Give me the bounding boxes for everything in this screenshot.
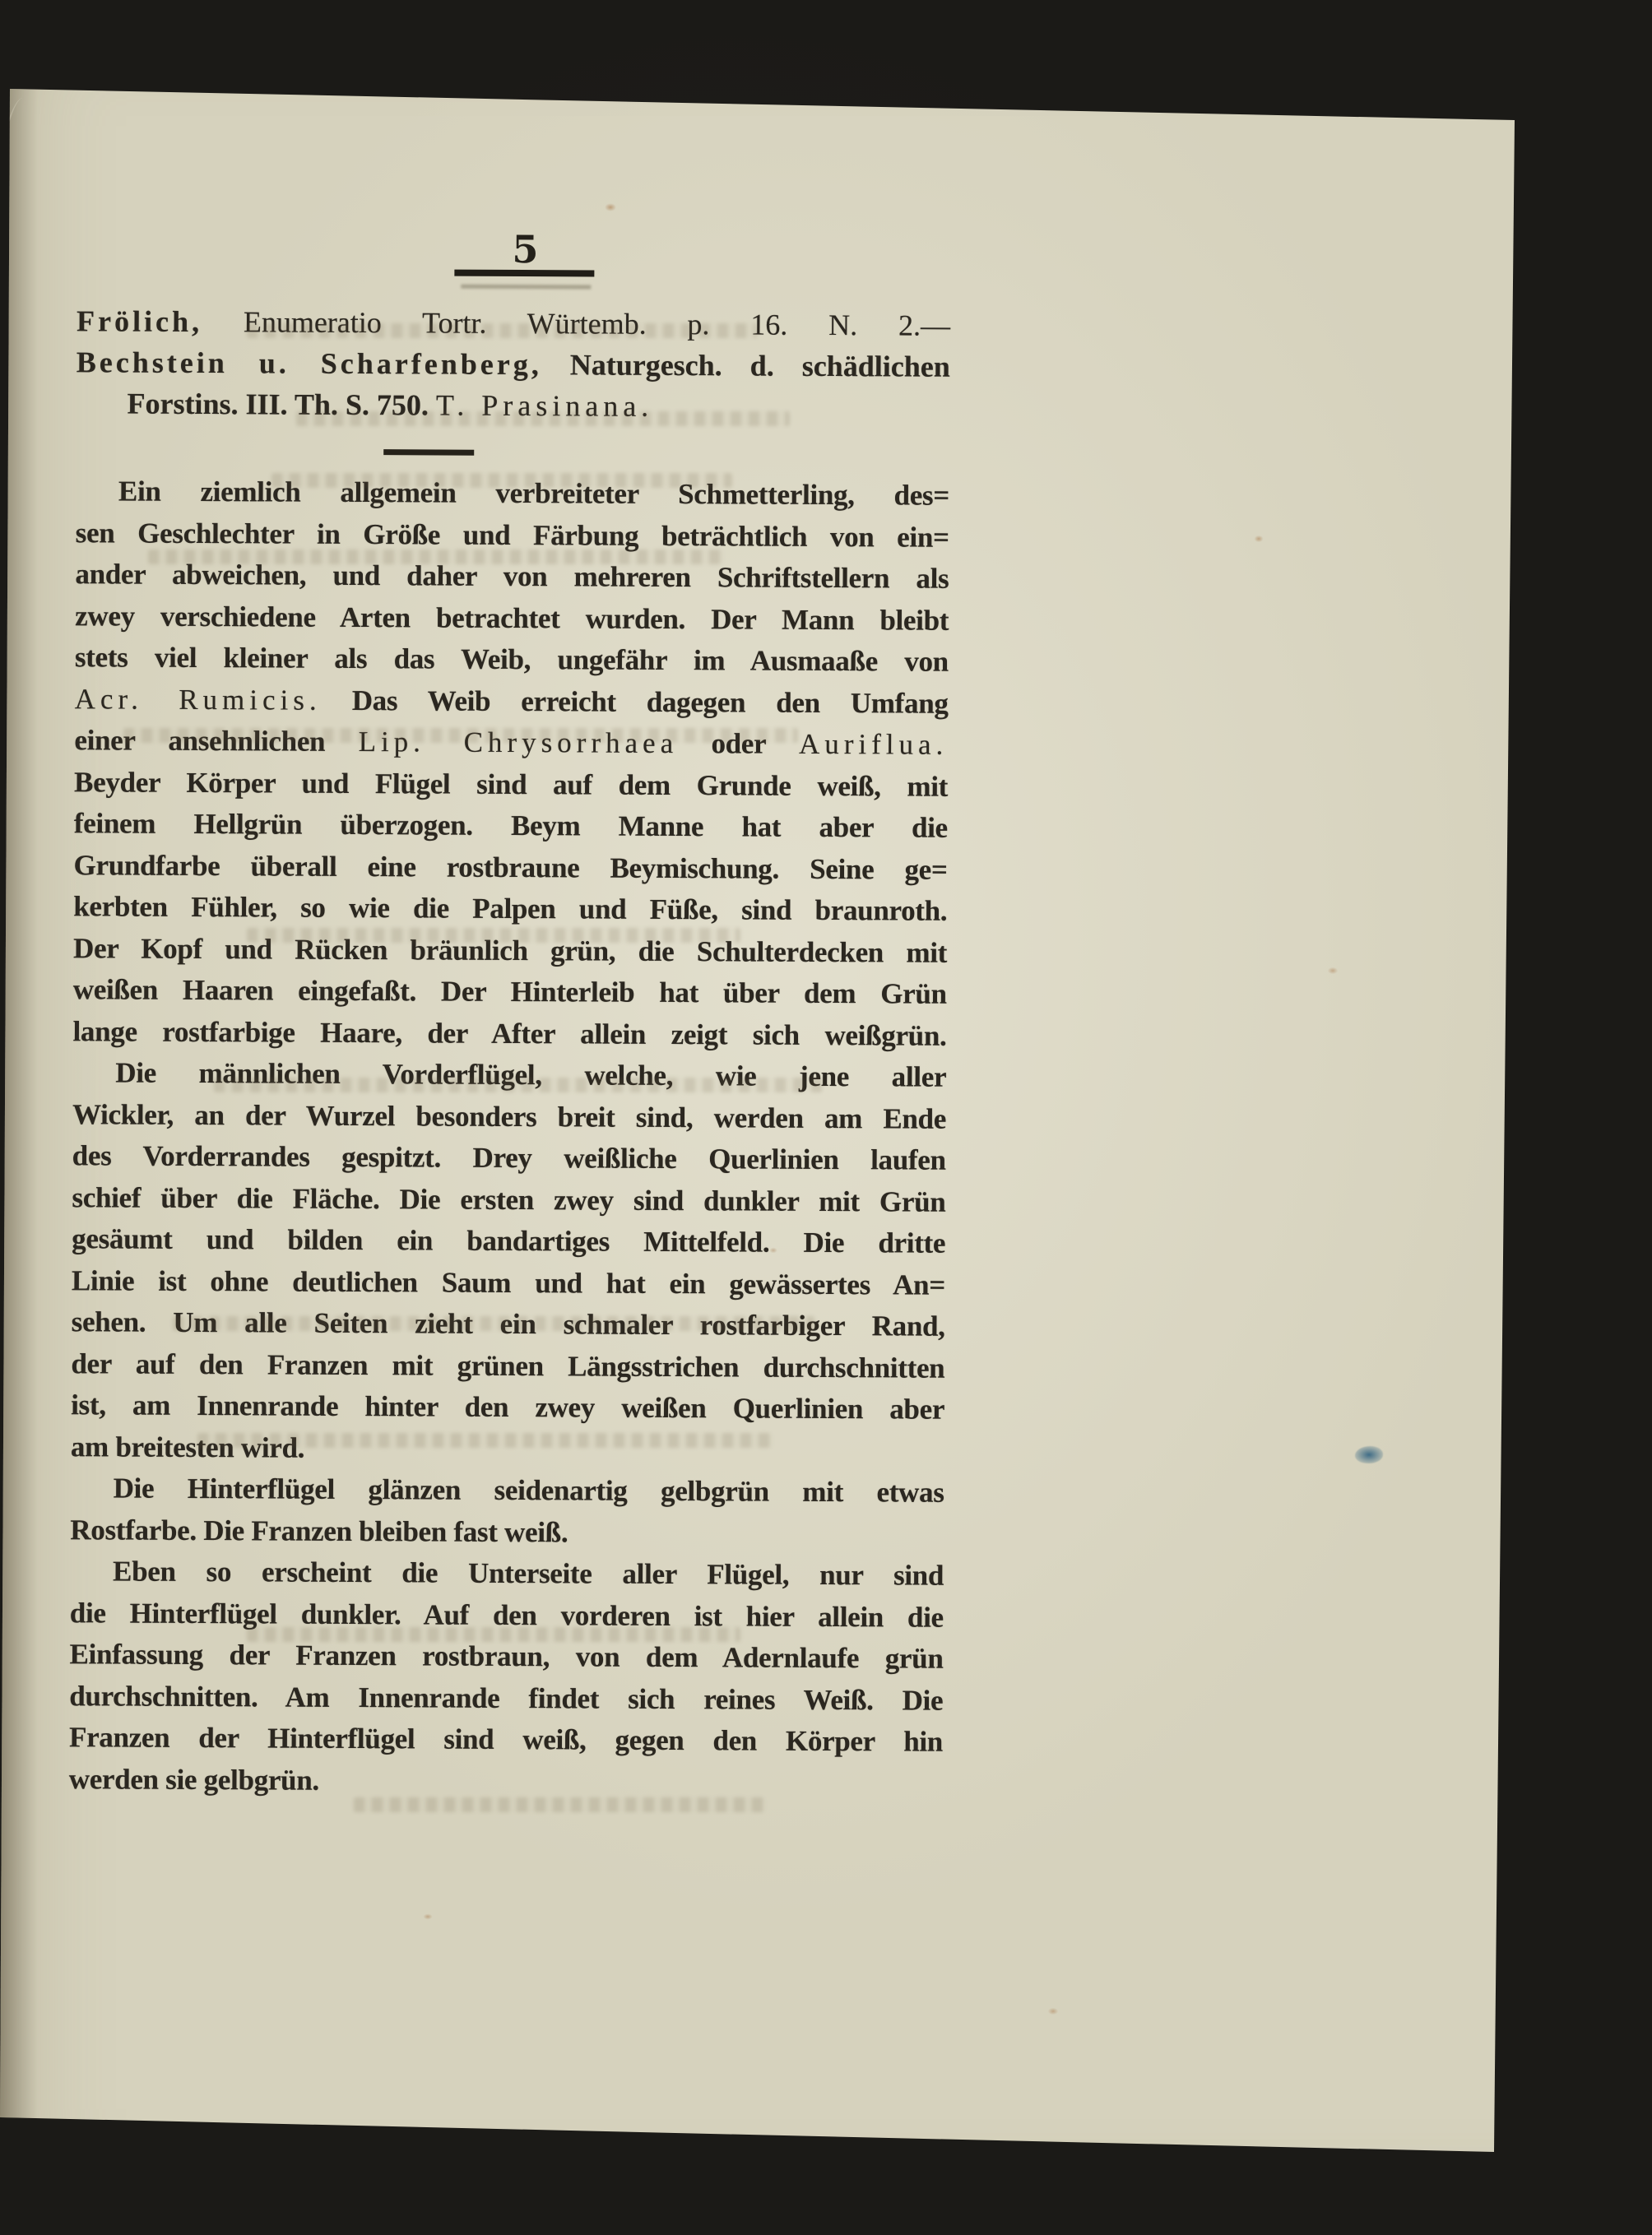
text-line: des Vorderrandes gespitzt. Drey weißlich… [72, 1135, 946, 1181]
text-segment-fr: am breitesten wird. [71, 1430, 305, 1463]
text-segment-fr: die Hinterflügel dunkler. Auf den vorder… [70, 1597, 944, 1634]
text-line: schief über die Fläche. Die ersten zwey … [72, 1177, 945, 1223]
text-line: Rostfarbe. Die Franzen bleiben fast weiß… [70, 1509, 944, 1556]
text-line: am breitesten wird. [71, 1426, 944, 1472]
text-segment-fr: Das Weib erreicht dagegen den Umfang [322, 684, 949, 719]
scanned-book-photo: 5 Frölich, Enumeratio Tortr. Würtemb. p.… [0, 0, 1652, 2235]
text-segment-fr: Die Hinterflügel glänzen seidenartig gel… [114, 1472, 944, 1508]
text-line: Eben so erscheint die Unterseite aller F… [70, 1551, 944, 1597]
text-segment-fr: Naturgesch. d. schädlichen [542, 348, 950, 383]
text-line: Die Hinterflügel glänzen seidenartig gel… [70, 1468, 944, 1514]
text-segment-fr: Ein ziemlich allgemein verbreiteter Schm… [118, 475, 949, 511]
text-segment-fr: schief über die Fläche. Die ersten zwey … [72, 1181, 945, 1218]
body-text-block: Ein ziemlich allgemein verbreiteter Schm… [69, 471, 949, 1805]
text-line: werden sie gelbgrün. [69, 1759, 943, 1805]
text-segment-fr: werden sie gelbgrün. [69, 1763, 319, 1797]
text-line: Wickler, an der Wurzel besonders breit s… [72, 1094, 946, 1140]
text-segment-frs: Frölich, [77, 304, 202, 338]
text-line: Linie ist ohne deutlichen Saum und hat e… [72, 1260, 945, 1306]
text-segment-fr: gesäumt und bilden ein bandartiges Mitte… [72, 1222, 945, 1259]
text-line: sehen. Um alle Seiten zieht ein schmaler… [72, 1301, 945, 1347]
text-line: ander abweichen, und daher von mehreren … [75, 554, 949, 600]
text-line: stets viel kleiner als das Weib, ungefäh… [75, 637, 949, 683]
text-line: Frölich, Enumeratio Tortr. Würtemb. p. 1… [77, 300, 950, 346]
text-segment-fr: kerbten Fühler, so wie die Palpen und Fü… [73, 890, 947, 927]
text-segment-fr: einer ansehnlichen [74, 724, 358, 758]
text-line: Die männlichen Vorderflügel, welche, wie… [72, 1052, 946, 1098]
text-line: lange rostfarbige Haare, der After allei… [72, 1011, 946, 1057]
text-line: einer ansehnlichen Lip. Chrysorrhaea ode… [74, 720, 948, 766]
text-segment-fr: Der Kopf und Rücken bräunlich grün, die … [73, 932, 947, 969]
text-segment-fr: ist, am Innenrande hinter den zwey weiße… [71, 1389, 944, 1426]
text-line: sen Geschlechter in Größe und Färbung be… [76, 512, 949, 559]
text-line: Forstins. III. Th. S. 750. T. Prasinana. [76, 383, 949, 429]
text-line: durchschnitten. Am Innenrande findet sic… [69, 1676, 943, 1722]
text-line: zwey verschiedene Arten betrachtet wurde… [75, 596, 949, 642]
text-line: weißen Haaren eingefaßt. Der Hinterleib … [73, 969, 947, 1015]
text-segment-fr: lange rostfarbige Haare, der After allei… [72, 1015, 946, 1052]
text-segment-fr: Linie ist ohne deutlichen Saum und hat e… [72, 1264, 945, 1301]
text-segment-fr: ander abweichen, und daher von mehreren … [75, 558, 949, 595]
text-segment-fr: durchschnitten. Am Innenrande findet sic… [69, 1680, 943, 1717]
text-line: Bechstein u. Scharfenberg, Naturgesch. d… [77, 341, 950, 387]
text-line: gesäumt und bilden ein bandartiges Mitte… [72, 1218, 945, 1264]
text-line: Beyder Körper und Flügel sind auf dem Gr… [74, 762, 948, 808]
text-segment-fr: Eben so erscheint die Unterseite aller F… [113, 1555, 944, 1591]
text-segment-fr: Forstins. III. Th. S. 750. [127, 387, 436, 422]
text-line: Ein ziemlich allgemein verbreiteter Schm… [76, 471, 949, 517]
text-segment-ans: T. Prasinana. [436, 389, 653, 423]
citation-block: Frölich, Enumeratio Tortr. Würtemb. p. 1… [76, 300, 950, 429]
page-number-underline-bleedthrough [461, 285, 591, 290]
text-segment-fr: Franzen der Hinterflügel sind weiß, gege… [69, 1721, 943, 1758]
text-segment-frs: Bechstein u. Scharfenberg, [77, 345, 542, 381]
text-line: Grundfarbe überall eine rostbraune Beymi… [73, 845, 947, 891]
text-segment-fr: weißen Haaren eingefaßt. Der Hinterleib … [73, 973, 947, 1010]
page-content: 5 Frölich, Enumeratio Tortr. Würtemb. p.… [0, 0, 1652, 2235]
page-number: 5 [467, 227, 582, 272]
text-segment-fr: der auf den Franzen mit grünen Längsstri… [71, 1347, 944, 1384]
text-line: der auf den Franzen mit grünen Längsstri… [71, 1343, 944, 1389]
text-line: Acr. Rumicis. Das Weib erreicht dagegen … [75, 679, 949, 725]
text-segment-fr: Rostfarbe. Die Franzen bleiben fast weiß… [70, 1514, 568, 1548]
text-segment-an: Enumeratio Tortr. Würtemb. p. 16. N. 2.— [202, 305, 950, 342]
text-line: ist, am Innenrande hinter den zwey weiße… [71, 1384, 944, 1430]
text-segment-fr: sen Geschlechter in Größe und Färbung be… [76, 517, 949, 554]
text-segment-fr: feinem Hellgrün überzogen. Beym Manne ha… [74, 807, 948, 844]
text-segment-fr: sehen. Um alle Seiten zieht ein schmaler… [72, 1305, 945, 1342]
text-line: feinem Hellgrün überzogen. Beym Manne ha… [74, 803, 948, 849]
text-line: kerbten Fühler, so wie die Palpen und Fü… [73, 886, 947, 932]
text-segment-ans: Acr. Rumicis. [75, 683, 322, 716]
text-segment-fr: Wickler, an der Wurzel besonders breit s… [72, 1098, 946, 1135]
text-segment-fr: Die männlichen Vorderflügel, welche, wie… [115, 1056, 946, 1092]
section-divider-rule [383, 449, 474, 456]
blue-ink-spot [1355, 1446, 1383, 1463]
text-segment-ans: Auriflua. [799, 728, 949, 761]
text-line: Einfassung der Franzen rostbraun, von de… [69, 1634, 943, 1680]
text-segment-fr: oder [678, 727, 799, 760]
text-segment-ans: Lip. Chrysorrhaea [359, 726, 679, 759]
page-number-underline [454, 270, 594, 277]
text-segment-fr: Einfassung der Franzen rostbraun, von de… [69, 1638, 943, 1675]
text-segment-fr: Beyder Körper und Flügel sind auf dem Gr… [74, 766, 948, 803]
text-segment-fr: stets viel kleiner als das Weib, ungefäh… [75, 641, 949, 678]
text-line: Franzen der Hinterflügel sind weiß, gege… [69, 1717, 943, 1763]
text-segment-fr: zwey verschiedene Arten betrachtet wurde… [75, 600, 949, 637]
text-segment-fr: des Vorderrandes gespitzt. Drey weißlich… [72, 1139, 946, 1176]
text-line: Der Kopf und Rücken bräunlich grün, die … [73, 928, 947, 974]
book-page: 5 Frölich, Enumeratio Tortr. Würtemb. p.… [0, 0, 1652, 2235]
text-segment-fr: Grundfarbe überall eine rostbraune Beymi… [73, 849, 947, 886]
text-line: die Hinterflügel dunkler. Auf den vorder… [70, 1593, 944, 1639]
